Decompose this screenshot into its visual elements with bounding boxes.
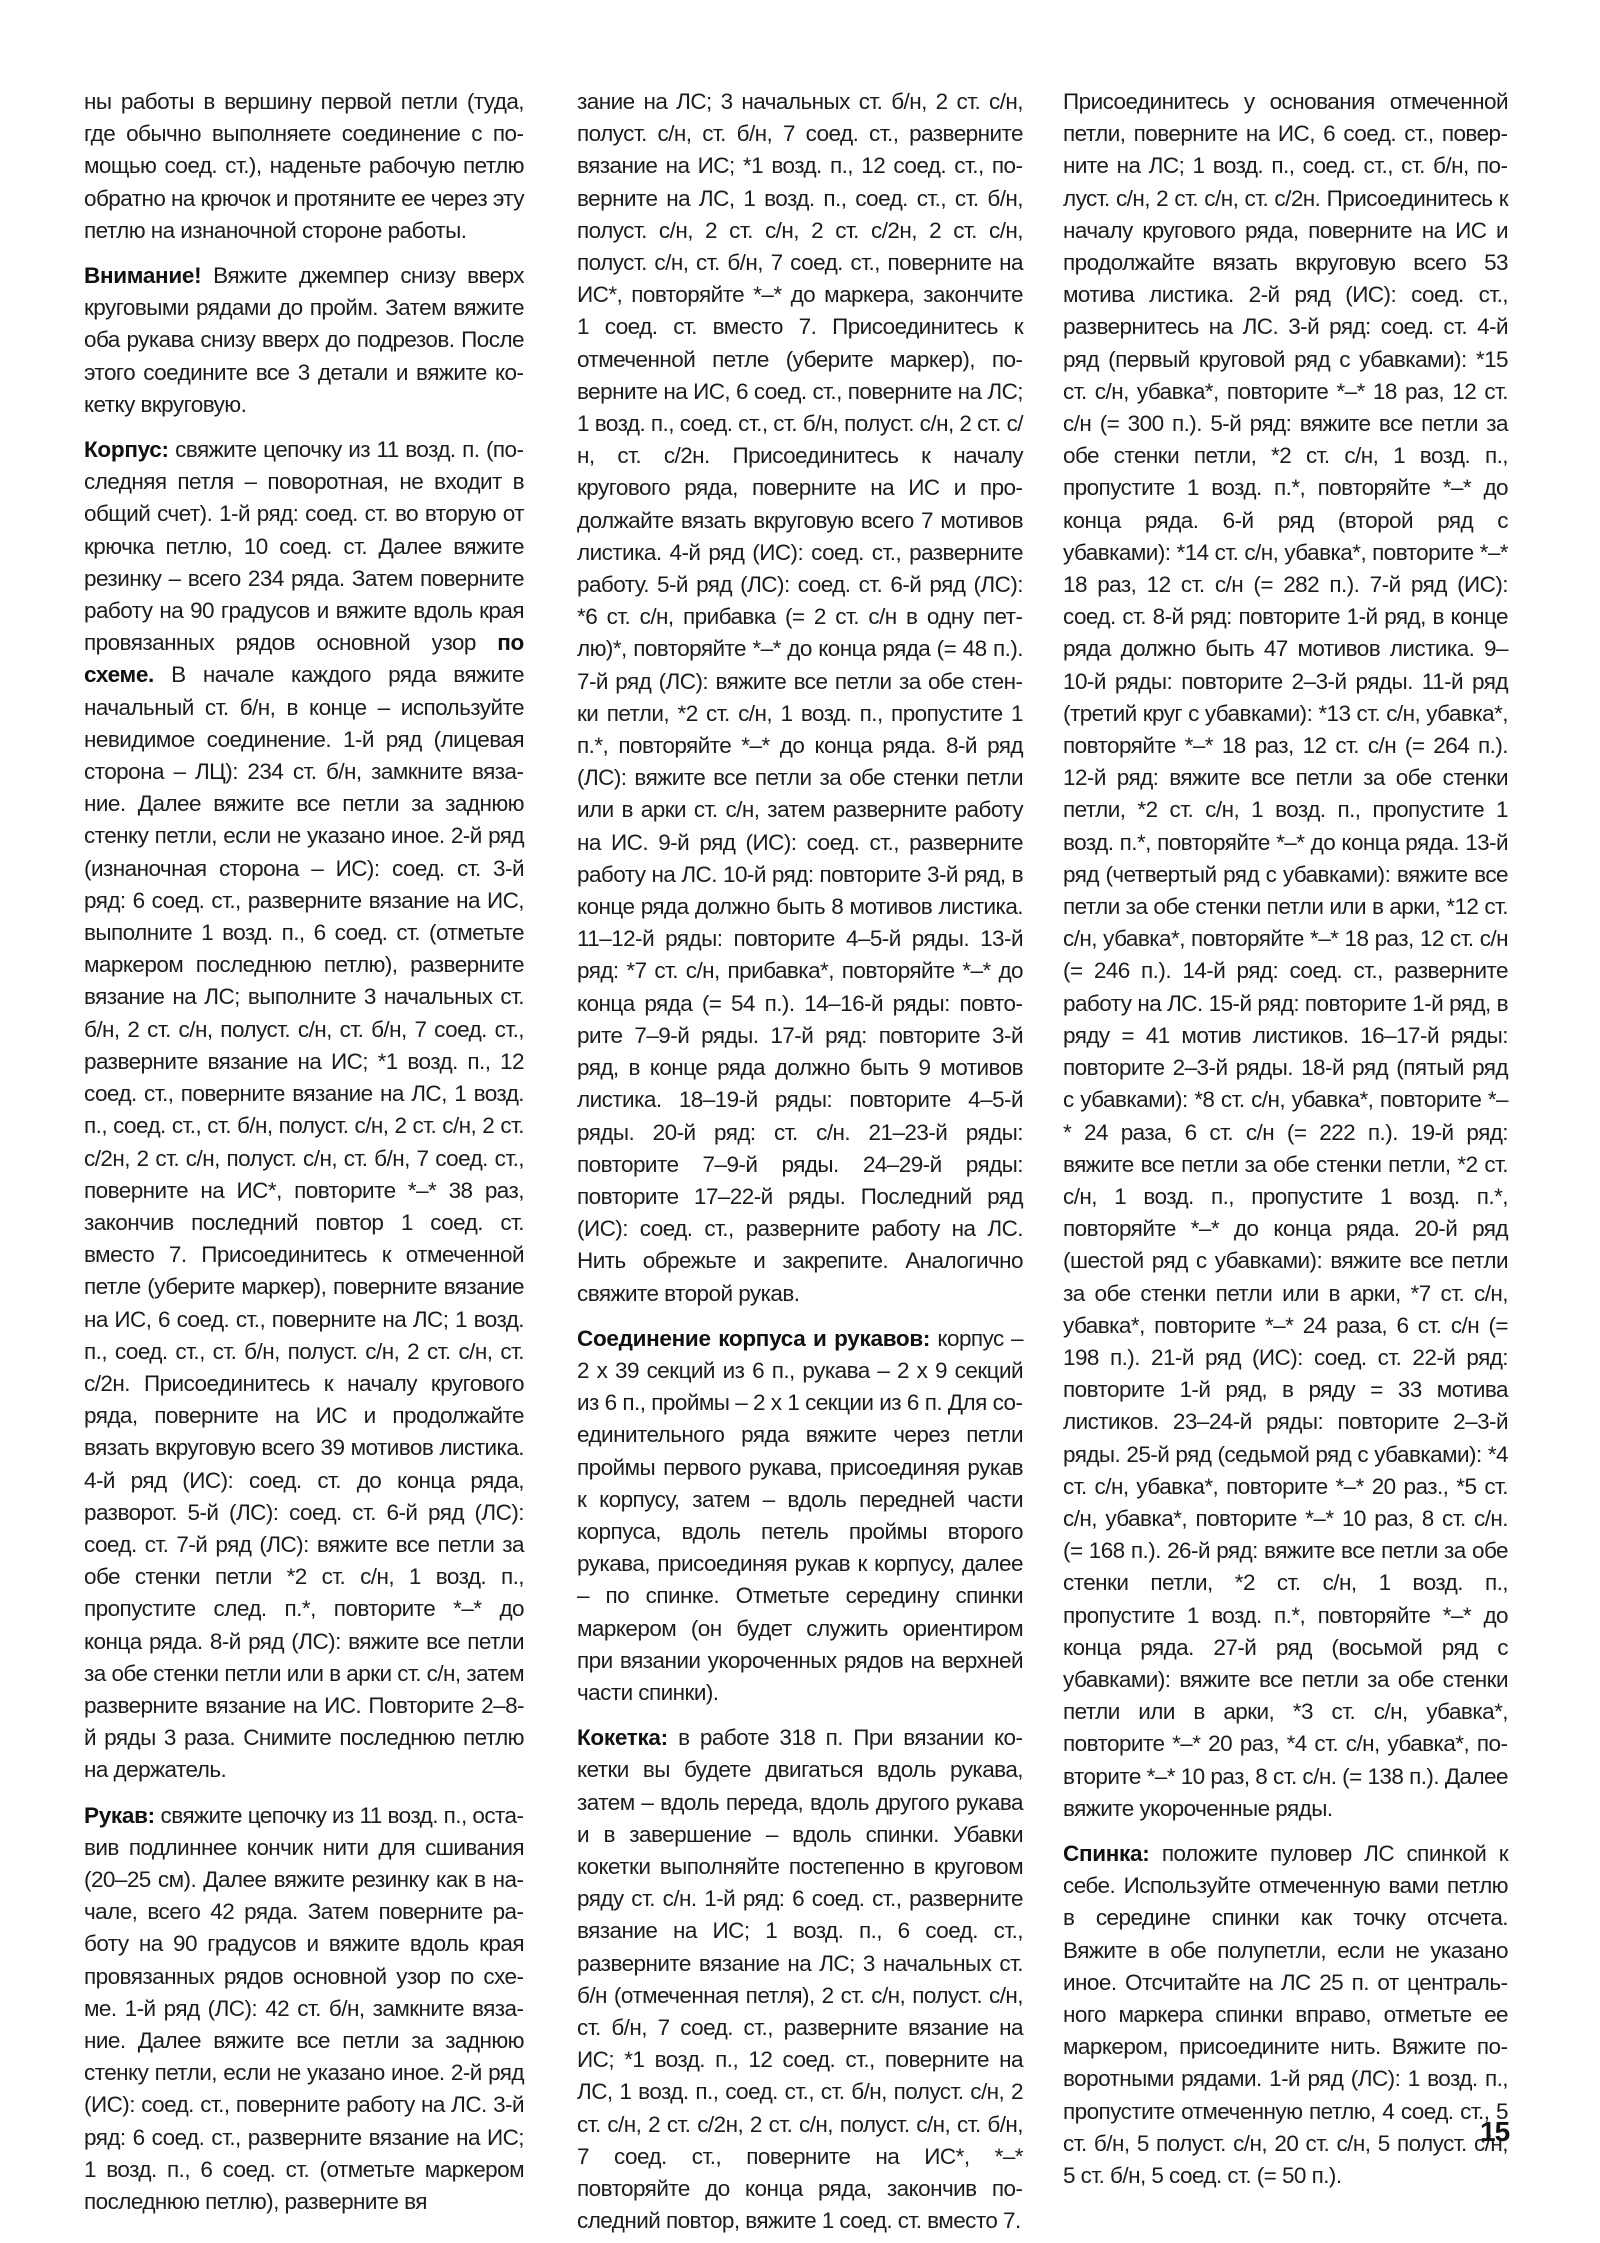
- paragraph-sleeve: Рукав: свяжите цепочку из 11 возд. п., о…: [84, 1800, 524, 2219]
- text-column-3: Присоединитесь у основания отмеченной пе…: [1063, 86, 1508, 2192]
- paragraph-continuation: ны работы в вершину первой петли (туда, …: [84, 86, 524, 247]
- paragraph-yoke: Кокетка: в работе 318 п. При вязании ко­…: [577, 1722, 1023, 2237]
- magazine-page: ны работы в вершину первой петли (туда, …: [0, 0, 1600, 2243]
- text-column-2: зание на ЛС; 3 начальных ст. б/н, 2 ст. …: [577, 86, 1023, 2237]
- section-heading-joining: Соединение корпуса и рукавов:: [577, 1326, 930, 1351]
- paragraph-joining: Соединение корпуса и рукавов: корпус – 2…: [577, 1323, 1023, 1709]
- section-heading-attention: Внимание!: [84, 263, 201, 288]
- paragraph-text: свяжите цепочку из 11 возд. п., оста­вив…: [84, 1803, 524, 2214]
- paragraph-text: корпус – 2 х 39 секций из 6 п., рукава –…: [577, 1326, 1023, 1705]
- paragraph-text: ны работы в вершину первой петли (туда, …: [84, 89, 524, 243]
- paragraph-text: Присоединитесь у основания отмеченной пе…: [1063, 89, 1508, 1821]
- paragraph-back: Спинка: положите пуловер ЛС спинкой к се…: [1063, 1838, 1508, 2192]
- paragraph-continuation: зание на ЛС; 3 начальных ст. б/н, 2 ст. …: [577, 86, 1023, 1310]
- paragraph-body: Корпус: свяжите цепочку из 11 возд. п. (…: [84, 434, 524, 1787]
- paragraph-text: положите пуловер ЛС спинкой к себе. Испо…: [1063, 1841, 1508, 2188]
- page-number: 15: [1480, 2116, 1509, 2148]
- section-heading-body: Корпус:: [84, 437, 169, 462]
- paragraph-continuation: Присоединитесь у основания отмеченной пе…: [1063, 86, 1508, 1825]
- section-heading-back: Спинка:: [1063, 1841, 1149, 1866]
- paragraph-attention: Внимание! Вяжите джемпер снизу вверх кру…: [84, 260, 524, 421]
- text-column-1: ны работы в вершину первой петли (туда, …: [84, 86, 524, 2218]
- paragraph-text: в работе 318 п. При вязании ко­кетки вы …: [577, 1725, 1023, 2233]
- section-heading-sleeve: Рукав:: [84, 1803, 155, 1828]
- paragraph-text: В начале каждого ряда вяжите начальный с…: [84, 662, 524, 1782]
- section-heading-yoke: Кокетка:: [577, 1725, 668, 1750]
- paragraph-text: свяжите цепочку из 11 возд. п. (по­следн…: [84, 437, 524, 655]
- paragraph-text: зание на ЛС; 3 начальных ст. б/н, 2 ст. …: [577, 89, 1023, 1306]
